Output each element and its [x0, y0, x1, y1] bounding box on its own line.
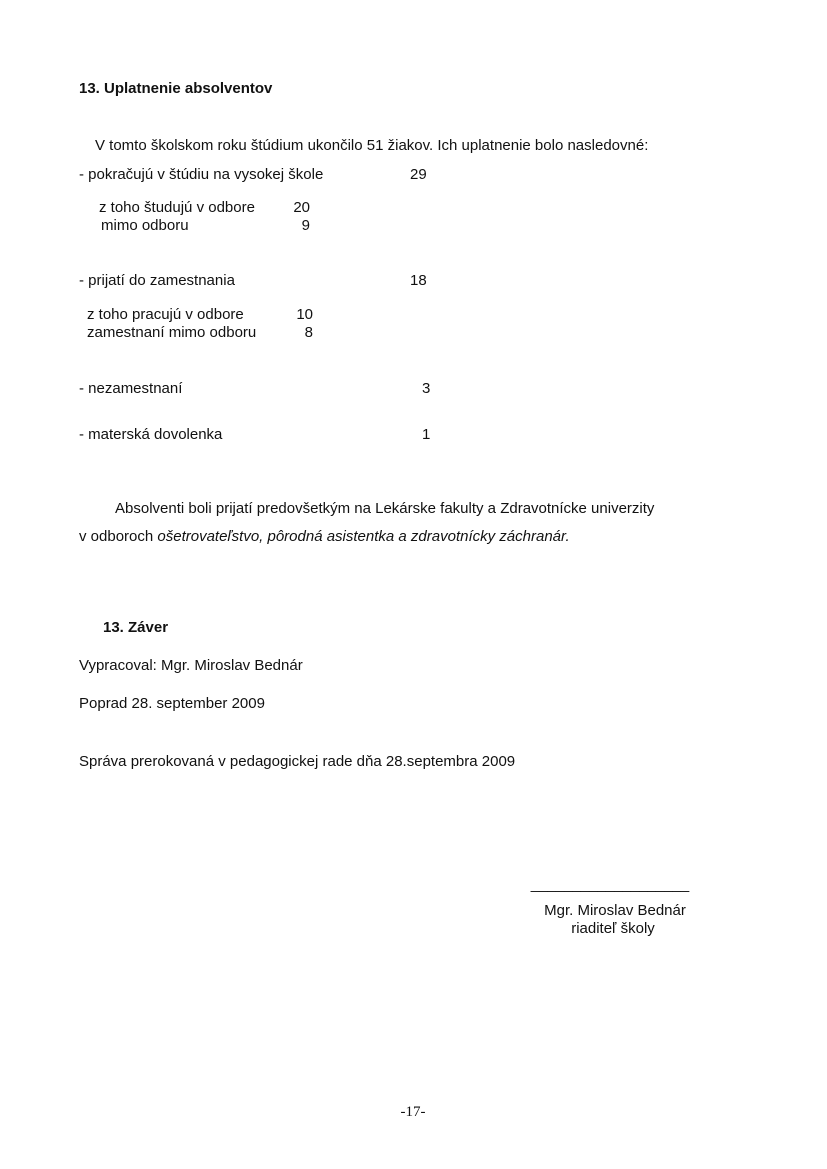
- category-value-maternity: 1: [422, 426, 430, 444]
- section-heading-graduates: 13. Uplatnenie absolventov: [79, 80, 272, 98]
- category-value-employed: 18: [410, 272, 427, 290]
- signature-line: ___________________: [515, 876, 705, 894]
- sub-label-study-outside-field: mimo odboru: [101, 217, 189, 235]
- category-label-maternity: - materská dovolenka: [79, 426, 222, 444]
- sub-label-work-in-field: z toho pracujú v odbore: [87, 306, 244, 324]
- paragraph-line-2-fields: ošetrovateľstvo, pôrodná asistentka a zd…: [157, 528, 569, 545]
- section-heading-conclusion: 13. Záver: [103, 619, 168, 637]
- intro-text: V tomto školskom roku štúdium ukončilo 5…: [95, 137, 648, 155]
- sub-value-work-outside-field: 8: [283, 324, 313, 342]
- category-label-employed: - prijatí do zamestnania: [79, 272, 235, 290]
- paragraph-line-2: v odboroch ošetrovateľstvo, pôrodná asis…: [79, 528, 570, 546]
- category-label-unemployed: - nezamestnaní: [79, 380, 182, 398]
- place-date: Poprad 28. september 2009: [79, 695, 265, 713]
- discussed-statement: Správa prerokovaná v pedagogickej rade d…: [79, 753, 515, 771]
- sub-value-work-in-field: 10: [283, 306, 313, 324]
- sub-value-study-outside-field: 9: [280, 217, 310, 235]
- category-value-university: 29: [410, 166, 427, 184]
- page-number: -17-: [383, 1103, 443, 1121]
- sub-value-study-in-field: 20: [280, 199, 310, 217]
- sub-label-study-in-field: z toho študujú v odbore: [99, 199, 255, 217]
- signature-title: riaditeľ školy: [518, 920, 708, 938]
- category-value-unemployed: 3: [422, 380, 430, 398]
- paragraph-line-1: Absolventi boli prijatí predovšetkým na …: [115, 500, 654, 518]
- signature-name: Mgr. Miroslav Bednár: [520, 902, 710, 920]
- prepared-by: Vypracoval: Mgr. Miroslav Bednár: [79, 657, 303, 675]
- paragraph-line-2-prefix: v odboroch: [79, 528, 157, 545]
- category-label-university: - pokračujú v štúdiu na vysokej škole: [79, 166, 323, 184]
- sub-label-work-outside-field: zamestnaní mimo odboru: [87, 324, 256, 342]
